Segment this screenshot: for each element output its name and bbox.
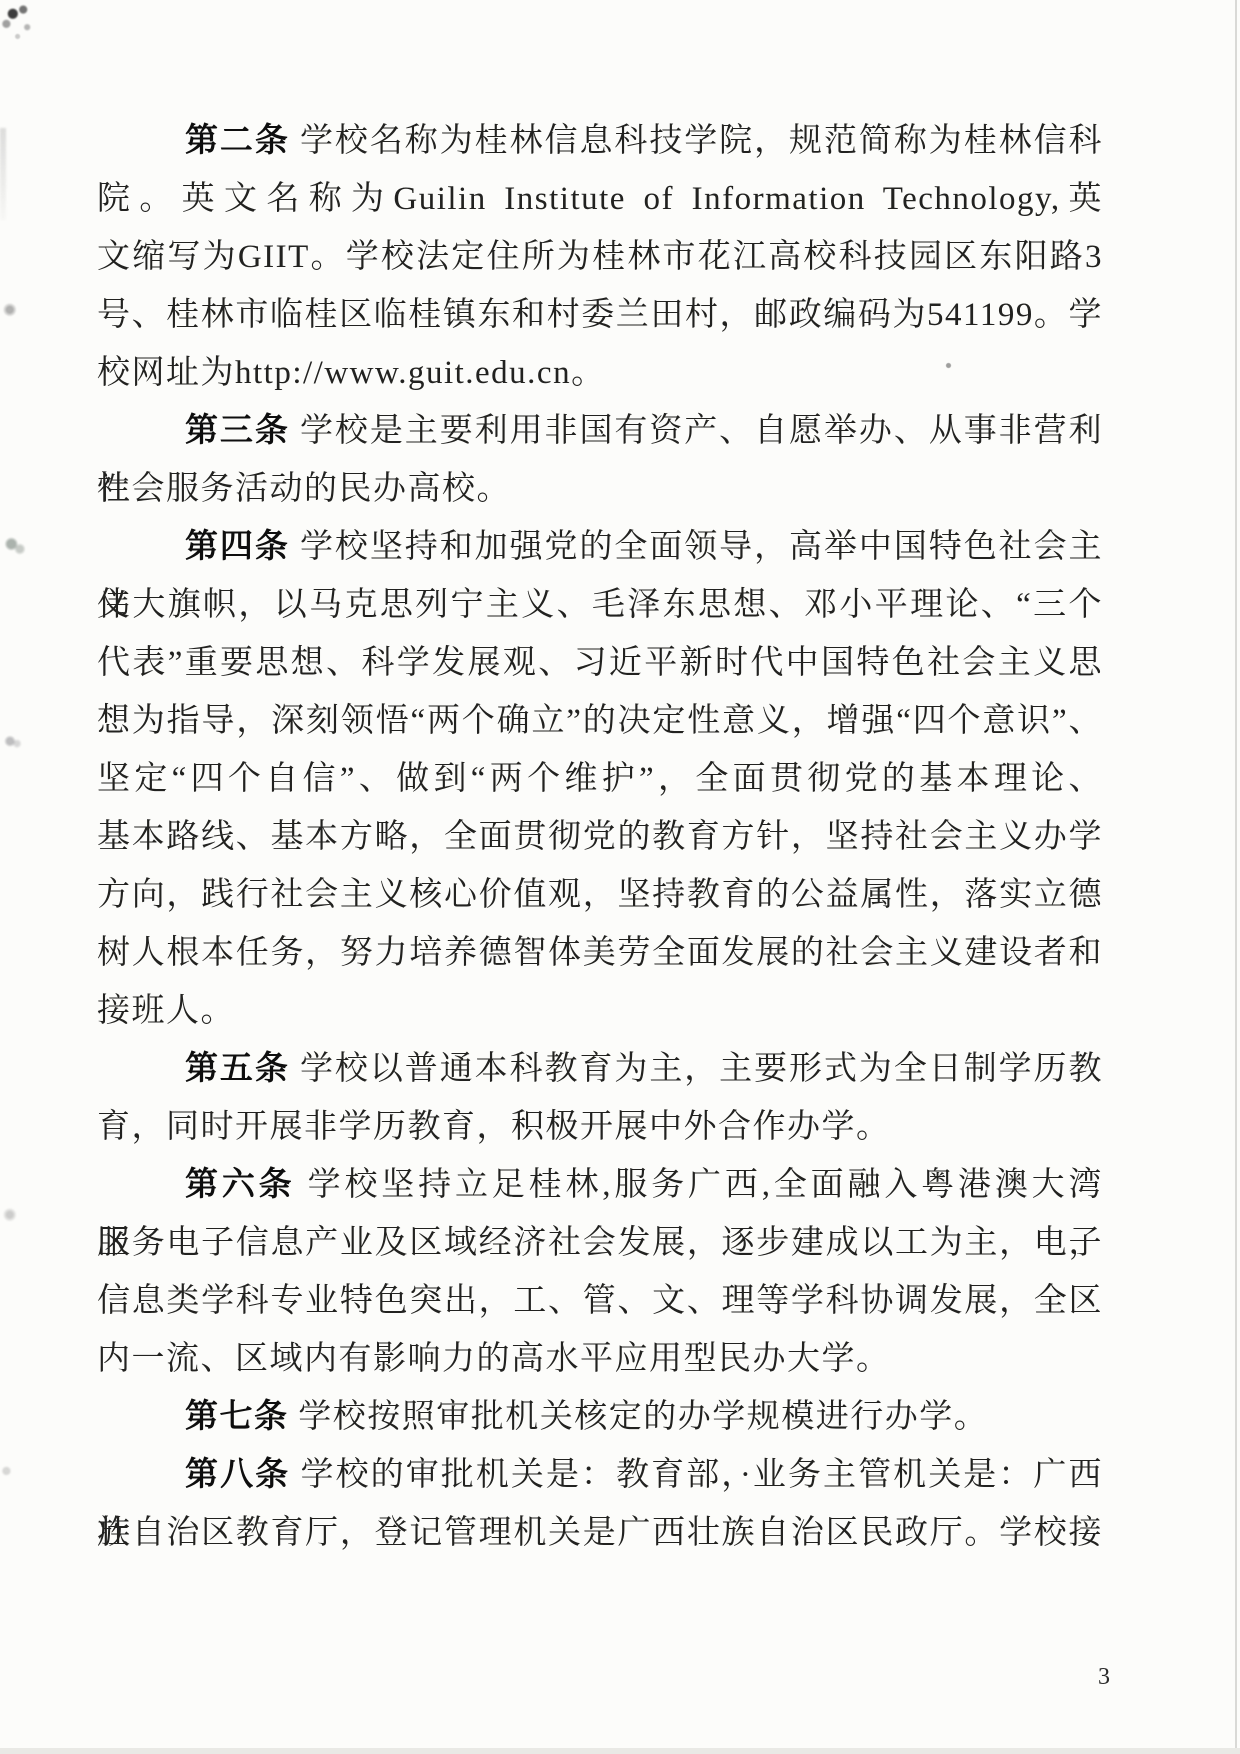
text-line: 内一流、区域内有影响力的高水平应用型民办大学。 (97, 1330, 1103, 1388)
ink-speck (0, 2, 40, 44)
page-number: 3 (1098, 1664, 1110, 1691)
scan-bottom-strip (0, 1748, 1240, 1754)
paragraph: 第七条 学校按照审批机关核定的办学规模进行办学。 (97, 1388, 1103, 1446)
text-line: 第四条 学校坚持和加强党的全面领导，高举中国特色社会主义 (97, 518, 1103, 576)
paragraph: 第五条 学校以普通本科教育为主，主要形式为全日制学历教育，同时开展非学历教育，积… (97, 1040, 1103, 1156)
ink-speck (3, 303, 18, 318)
article-number: 第三条 (185, 413, 290, 449)
text-line: 基本路线、基本方略，全面贯彻党的教育方针，坚持社会主义办学 (97, 808, 1103, 866)
ink-speck (1, 1466, 13, 1477)
ink-speck (3, 536, 27, 556)
text-line: 信息类学科专业特色突出，工、管、文、理等学科协调发展，全区 (97, 1272, 1103, 1330)
text-line: 伟大旗帜，以马克思列宁主义、毛泽东思想、邓小平理论、“三个 (97, 576, 1103, 634)
text-line: 院。英文名称为Guilin Institute of Information T… (97, 170, 1103, 228)
article-number: 第八条 (185, 1457, 290, 1493)
text-line: 想为指导，深刻领悟“两个确立”的决定性意义，增强“四个意识”、 (97, 692, 1103, 750)
text-line: 第八条 学校的审批机关是：教育部，·业务主管机关是：广西壮 (97, 1446, 1103, 1504)
article-number: 第五条 (185, 1051, 290, 1087)
text-line: 第二条 学校名称为桂林信息科技学院，规范简称为桂林信科 (97, 112, 1103, 170)
text-line: 树人根本任务，努力培养德智体美劳全面发展的社会主义建设者和 (97, 924, 1103, 982)
text-line: 号、桂林市临桂区临桂镇东和村委兰田村，邮政编码为541199。学 (97, 286, 1103, 344)
scanned-page: 第二条 学校名称为桂林信息科技学院，规范简称为桂林信科院。英文名称为Guilin… (0, 0, 1240, 1754)
text-line: 坚定“四个自信”、做到“两个维护”，全面贯彻党的基本理论、 (97, 750, 1103, 808)
text-line: 方向，践行社会主义核心价值观，坚持教育的公益属性，落实立德 (97, 866, 1103, 924)
text-line: 代表”重要思想、科学发展观、习近平新时代中国特色社会主义思 (97, 634, 1103, 692)
text-line: 第六条 学校坚持立足桂林,服务广西,全面融入粤港澳大湾区， (97, 1156, 1103, 1214)
text-line: 文缩写为GIIT。学校法定住所为桂林市花江高校科技园区东阳路3 (97, 228, 1103, 286)
article-number: 第七条 (185, 1399, 289, 1435)
ink-speck (2, 734, 22, 750)
document-body: 第二条 学校名称为桂林信息科技学院，规范简称为桂林信科院。英文名称为Guilin… (97, 112, 1103, 1562)
text-line: 校网址为http://www.guit.edu.cn。 (97, 344, 1103, 402)
text-line: 第三条 学校是主要利用非国有资产、自愿举办、从事非营利性 (97, 402, 1103, 460)
text-line: 社会服务活动的民办高校。 (97, 460, 1103, 518)
paragraph: 第八条 学校的审批机关是：教育部，·业务主管机关是：广西壮族自治区教育厅，登记管… (97, 1446, 1103, 1562)
text-line: 接班人。 (97, 982, 1103, 1040)
text-line: 服务电子信息产业及区域经济社会发展，逐步建成以工为主，电子 (97, 1214, 1103, 1272)
article-number: 第四条 (185, 529, 290, 565)
paragraph: 第六条 学校坚持立足桂林,服务广西,全面融入粤港澳大湾区，服务电子信息产业及区域… (97, 1156, 1103, 1388)
paragraph: 第四条 学校坚持和加强党的全面领导，高举中国特色社会主义伟大旗帜，以马克思列宁主… (97, 518, 1103, 1040)
article-number: 第二条 (185, 123, 290, 159)
scan-edge-line (1235, 0, 1237, 1754)
paragraph: 第三条 学校是主要利用非国有资产、自愿举办、从事非营利性社会服务活动的民办高校。 (97, 402, 1103, 518)
scan-smudge (0, 128, 6, 220)
text-line: 族自治区教育厅，登记管理机关是广西壮族自治区民政厅。学校接 (97, 1504, 1103, 1562)
text-line: 育，同时开展非学历教育，积极开展中外合作办学。 (97, 1098, 1103, 1156)
text-line: 第五条 学校以普通本科教育为主，主要形式为全日制学历教 (97, 1040, 1103, 1098)
paragraph: 第二条 学校名称为桂林信息科技学院，规范简称为桂林信科院。英文名称为Guilin… (97, 112, 1103, 402)
article-number: 第六条 (185, 1167, 296, 1203)
ink-speck (3, 1208, 18, 1223)
text-line: 第七条 学校按照审批机关核定的办学规模进行办学。 (97, 1388, 1103, 1446)
